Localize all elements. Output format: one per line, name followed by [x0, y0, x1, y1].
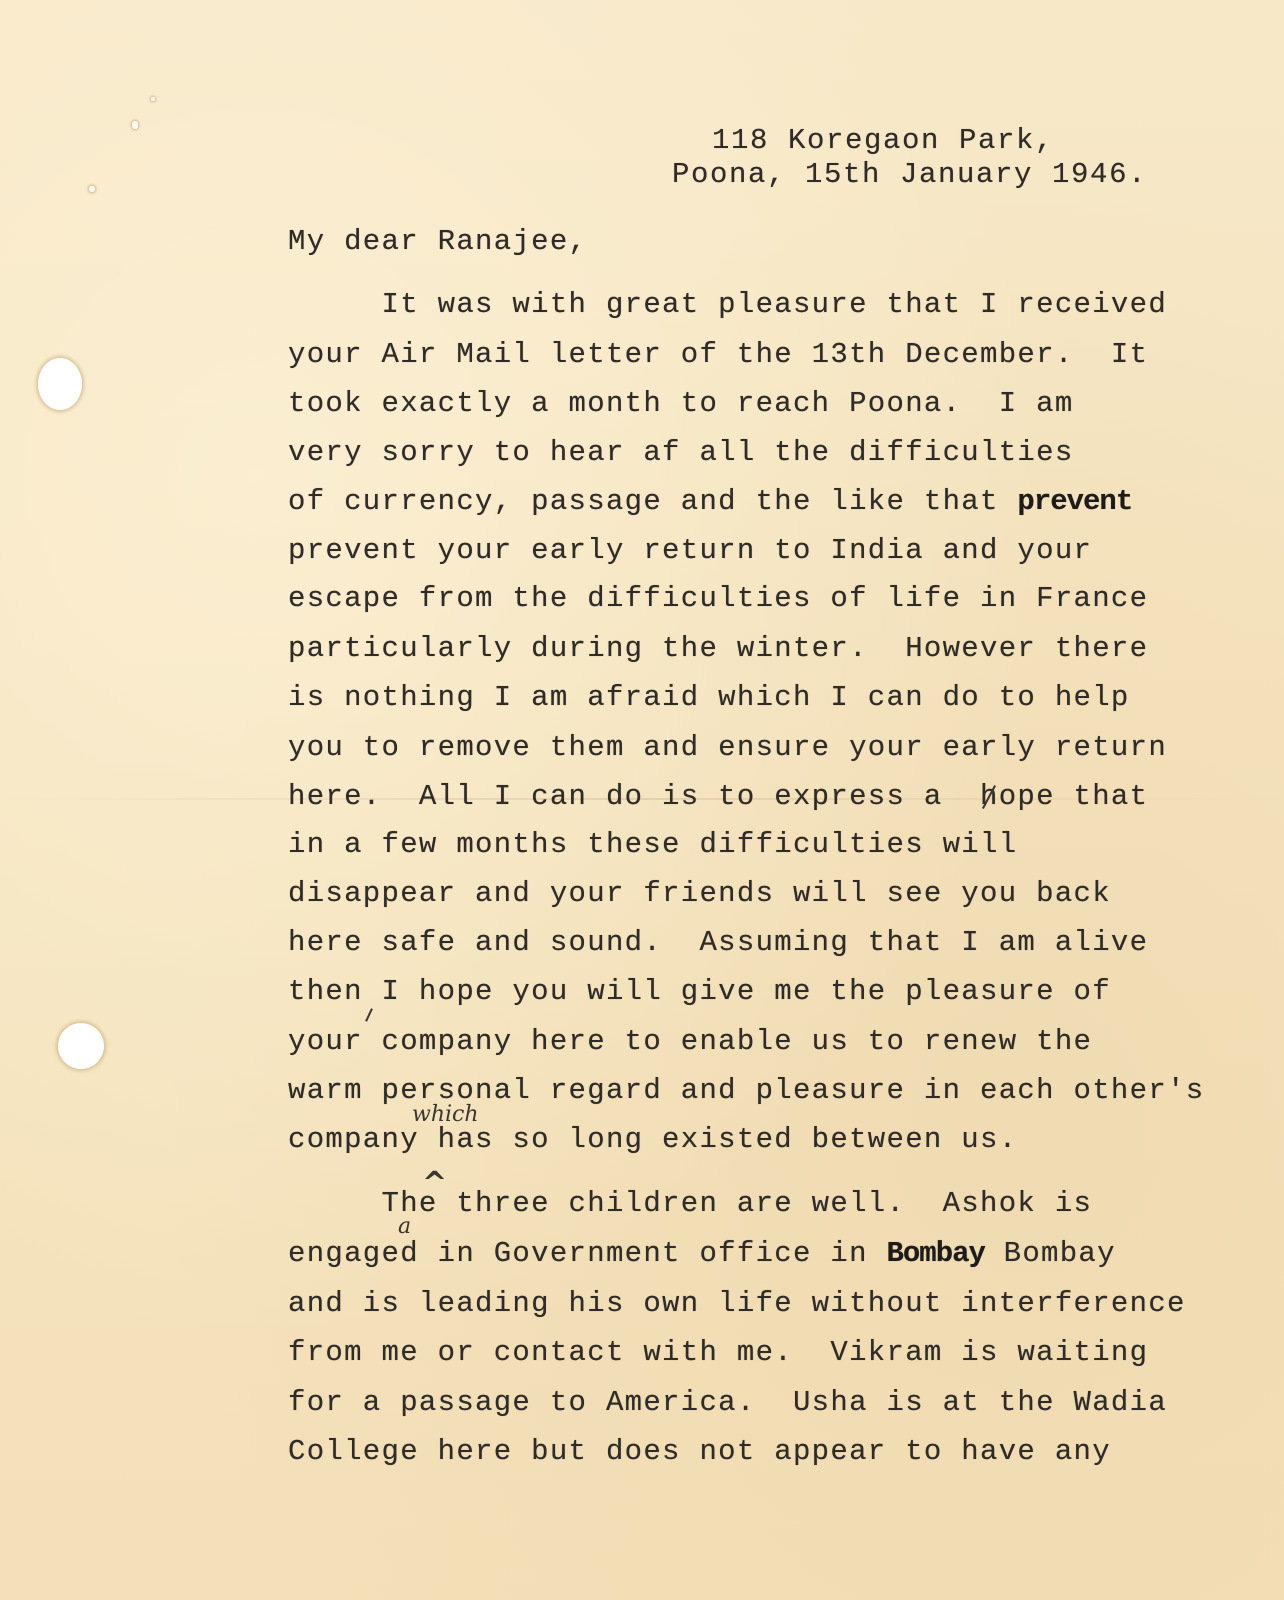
- body-line: particularly during the winter. However …: [288, 634, 1148, 663]
- body-line: company has so long existed between us.: [288, 1125, 1017, 1154]
- body-line: in a few months these difficulties will: [288, 830, 1017, 859]
- body-line: here safe and sound. Assuming that I am …: [288, 928, 1148, 957]
- body-line: warm personal regard and pleasure in eac…: [288, 1076, 1204, 1105]
- salutation: My dear Ranajee,: [288, 227, 587, 256]
- body-line: your company here to enable us to renew …: [288, 1027, 1092, 1056]
- body-line: for a passage to America. Usha is at the…: [288, 1388, 1167, 1417]
- body-line: your Air Mail letter of the 13th Decembe…: [288, 340, 1148, 369]
- body-line: here. All I can do is to express a hope …: [288, 782, 1148, 811]
- body-line: very sorry to hear af all the difficulti…: [288, 438, 1074, 467]
- body-line: took exactly a month to reach Poona. I a…: [288, 389, 1074, 418]
- body-line-text: Bombay: [985, 1237, 1116, 1270]
- body-line: and is leading his own life without inte…: [288, 1289, 1186, 1318]
- address-line-2-date: Poona, 15th January 1946.: [672, 160, 1147, 189]
- struck-out-word: Bombay: [887, 1237, 985, 1270]
- body-line: disappear and your friends will see you …: [288, 879, 1111, 908]
- body-line: College here but does not appear to have…: [288, 1437, 1111, 1466]
- body-line: from me or contact with me. Vikram is wa…: [288, 1338, 1148, 1367]
- body-line: prevent your early return to India and y…: [288, 536, 1092, 565]
- body-line: engaged in Government office in Bombay B…: [288, 1239, 1116, 1268]
- handwritten-insert-a: a: [398, 1214, 411, 1239]
- body-line: of currency, passage and the like that p…: [288, 487, 1132, 516]
- handwritten-insert-which: which: [412, 1102, 479, 1127]
- insertion-caret: ^: [422, 1166, 447, 1201]
- body-line: It was with great pleasure that I receiv…: [288, 290, 1167, 319]
- body-line: escape from the difficulties of life in …: [288, 584, 1148, 613]
- letter-page: 118 Koregaon Park, Poona, 15th January 1…: [0, 0, 1284, 1600]
- body-line: then I hope you will give me the pleasur…: [288, 977, 1111, 1006]
- body-line: is nothing I am afraid which I can do to…: [288, 683, 1130, 712]
- address-line-1: 118 Koregaon Park,: [712, 126, 1054, 155]
- body-line: you to remove them and ensure your early…: [288, 733, 1167, 762]
- struck-out-word: prevent: [1017, 485, 1132, 518]
- body-line-text: engaged in Government office in: [288, 1237, 887, 1270]
- handwritten-correction-mark: [365, 1008, 373, 1022]
- body-line-text: of currency, passage and the like that: [288, 485, 1017, 518]
